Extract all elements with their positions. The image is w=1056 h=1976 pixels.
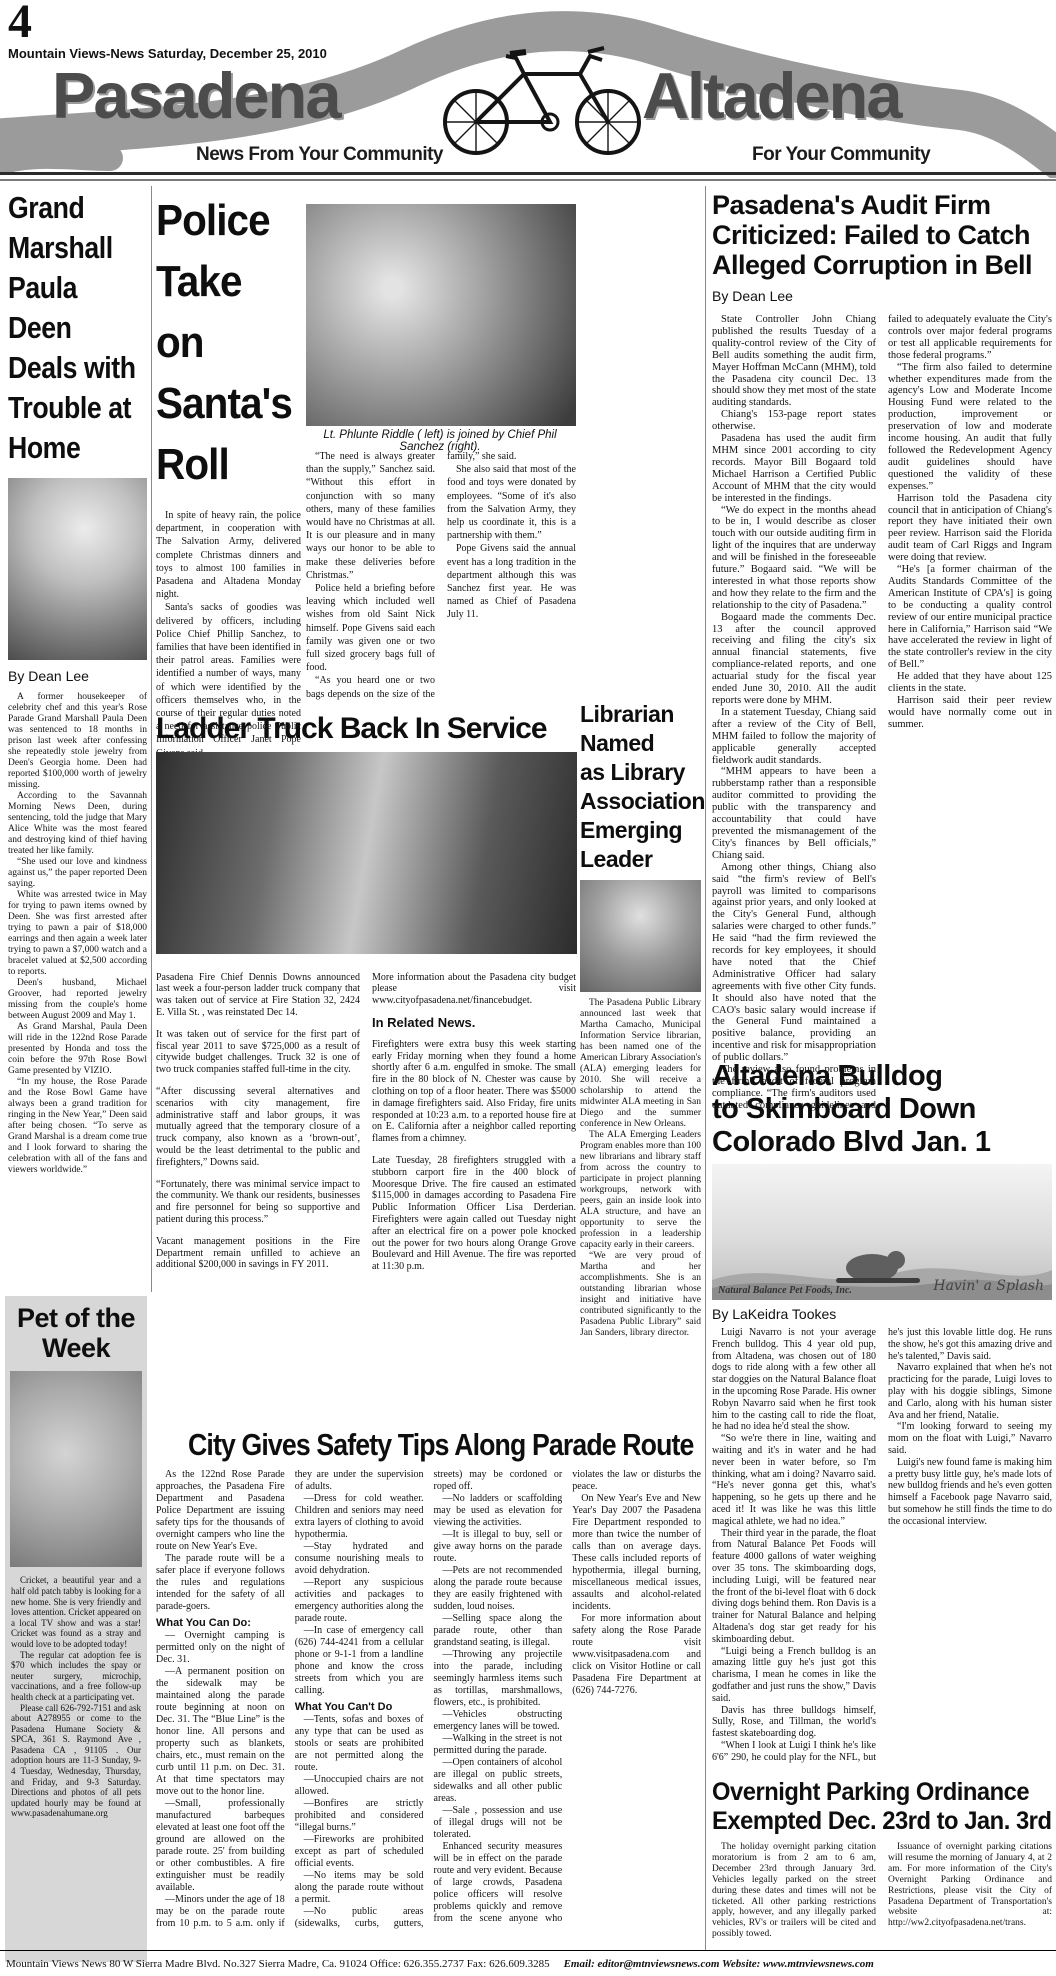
paragraph: —Walking in the street is not permitted …	[434, 1733, 563, 1757]
paragraph: Harrison said their peer review would ha…	[888, 695, 1052, 731]
masthead-altadena: Altadena	[642, 58, 901, 133]
paragraph: The Pasadena Public Library announced la…	[580, 998, 701, 1130]
bicycle-icon	[428, 26, 654, 158]
budget-info-note: More information about the Pasadena city…	[372, 972, 576, 1007]
paragraph: Please call 626-792-7151 and ask about A…	[11, 1703, 141, 1820]
article-parking-ordinance: Overnight Parking Ordinance Exempted Dec…	[712, 1778, 1052, 1948]
article-bulldog: Altadena Bulldog to Skimboard Down Color…	[712, 1060, 1052, 1775]
paragraph: He added that they have about 125 client…	[888, 671, 1052, 695]
newspaper-page: 4 Mountain Views-News Saturday, December…	[0, 0, 1056, 1976]
paragraph: —No ladders or scaffolding may be used a…	[434, 1493, 563, 1529]
paragraph: As Grand Marshal, Paula Deen will ride i…	[8, 1022, 147, 1077]
related-news-header: In Related News.	[372, 1017, 576, 1029]
article-byline: By LaKeidra Tookes	[712, 1306, 1052, 1322]
paragraph: It was taken out of service for the firs…	[156, 1029, 360, 1076]
article-title: Police Take on Santa's Roll	[156, 190, 289, 495]
paragraph: Deen's husband, Michael Groover, had rep…	[8, 978, 147, 1022]
paragraph: —Unoccupied chairs are not allowed.	[295, 1774, 424, 1798]
article-librarian: Librarian Named as Library Association E…	[580, 700, 701, 1426]
paragraph: Luigi's new found fame is making him a p…	[888, 1457, 1052, 1528]
paragraph: “In my house, the Rose Parade and the Ro…	[8, 1077, 147, 1176]
article-byline: By Dean Lee	[8, 668, 147, 684]
illustration-script-text: Havin' a Splash	[933, 1278, 1044, 1294]
pet-of-the-week-box: Pet of the Week Cricket, a beautiful yea…	[5, 1296, 147, 1962]
paragraph: “MHM appears to have been a rubberstamp …	[712, 766, 876, 861]
paragraph: — Overnight camping is permitted only on…	[156, 1630, 285, 1666]
paula-deen-photo	[8, 478, 147, 660]
article-continuation: “The need is always greater than the sup…	[306, 450, 576, 708]
paragraph: A former housekeeper of celebrity chef a…	[8, 692, 147, 791]
tagline-left: News From Your Community	[196, 144, 443, 166]
paragraph: The holiday overnight parking citation m…	[712, 1842, 876, 1940]
librarian-photo	[580, 880, 701, 992]
article-paula-deen: Grand Marshall Paula Deen Deals with Tro…	[8, 188, 147, 1304]
footer-contact: Email: editor@mtnviewsnews.com Website: …	[550, 1958, 874, 1970]
footer-address: Mountain Views News 80 W Sierra Madre Bl…	[0, 1958, 550, 1970]
paragraph: Police held a briefing before leaving wh…	[306, 582, 435, 674]
paragraph: Issuance of overnight parking citations …	[888, 1842, 1052, 1929]
paragraph: Navarro explained that when he's not pra…	[888, 1362, 1052, 1421]
paragraph: “I'm looking forward to seeing my mom on…	[888, 1421, 1052, 1456]
tagline-right: For Your Community	[752, 144, 930, 166]
paragraph: —Pets are not recommended along the para…	[434, 1565, 563, 1613]
fire-truck-photo	[156, 752, 577, 954]
article-body-col2: More information about the Pasadena city…	[372, 962, 576, 1418]
header-rule	[0, 172, 1056, 181]
article-body: As the 122nd Rose Parade approaches, the…	[156, 1469, 701, 1937]
column-divider-right	[705, 186, 706, 1950]
paragraph: —Open containers of alcohol are illegal …	[434, 1757, 563, 1805]
paragraph: Firefighters were extra busy this week s…	[372, 1039, 576, 1145]
paragraph: In spite of heavy rain, the police depar…	[156, 509, 301, 601]
pet-title: Pet of the Week	[5, 1304, 147, 1363]
paragraph: —No items may be sold along the parade r…	[295, 1870, 424, 1906]
paragraph: —Fireworks are prohibited except as part…	[295, 1834, 424, 1870]
article-body: Luigi Navarro is not your average French…	[712, 1327, 1052, 1775]
paragraph: “She used our love and kindness against …	[8, 857, 147, 890]
paragraph: “The need is always greater than the sup…	[306, 450, 435, 582]
paragraph: “He's [a former chairman of the Audits S…	[888, 564, 1052, 671]
paragraph: Their third year in the parade, the floa…	[712, 1528, 876, 1646]
page-number: 4	[8, 0, 32, 49]
paragraph: Cricket, a beautiful year and a half old…	[11, 1575, 141, 1649]
paragraph: The parade route will be a safer place i…	[156, 1553, 285, 1613]
paragraph: As the 122nd Rose Parade approaches, the…	[156, 1469, 285, 1553]
paragraph: For more information about safety along …	[572, 1613, 701, 1697]
police-delivery-photo	[306, 204, 576, 426]
paragraph: Davis has three bulldogs himself, Sully,…	[712, 1705, 876, 1740]
paragraph: “Fortunately, there was minimal service …	[156, 1179, 360, 1226]
cat-photo	[10, 1371, 142, 1567]
article-body: The holiday overnight parking citation m…	[712, 1842, 1052, 1948]
paragraph: —Bonfires are strictly prohibited and co…	[295, 1798, 424, 1834]
article-body: The Pasadena Public Library announced la…	[580, 998, 701, 1426]
cant-do-header: What You Can't Do	[295, 1701, 424, 1713]
skimboarding-dog-illustration: Natural Balance Pet Foods, Inc. Havin' a…	[712, 1164, 1052, 1300]
can-do-header: What You Can Do:	[156, 1617, 285, 1629]
paragraph: “So we're there in line, waiting and wai…	[712, 1433, 876, 1527]
paragraph: State Controller John Chiang published t…	[712, 314, 876, 409]
paragraph: She also said that most of the food and …	[447, 463, 576, 542]
article-audit-firm: Pasadena's Audit Firm Criticized: Failed…	[712, 190, 1052, 1114]
paragraph: “After discussing several alternatives a…	[156, 1086, 360, 1169]
article-police-santa: Police Take on Santa's Roll In spite of …	[156, 190, 301, 759]
paragraph: In a statement Tuesday, Chiang said afte…	[712, 707, 876, 767]
masthead-pasadena: Pasadena	[52, 58, 340, 133]
article-body: A former housekeeper of celebrity chef a…	[8, 692, 147, 1304]
paragraph: —Sale , possession and use of illegal dr…	[434, 1805, 563, 1841]
article-title: Grand Marshall Paula Deen Deals with Tro…	[8, 188, 147, 468]
paragraph: White was arrested twice in May for tryi…	[8, 890, 147, 978]
paragraph: Pasadena has used the audit firm MHM sin…	[712, 433, 876, 504]
paragraph: According to the Savannah Morning News D…	[8, 791, 147, 857]
article-byline: By Dean Lee	[712, 288, 1052, 304]
article-title: Altadena Bulldog to Skimboard Down Color…	[712, 1060, 1052, 1159]
article-title: Pasadena's Audit Firm Criticized: Failed…	[712, 190, 1052, 280]
pet-body: Cricket, a beautiful year and a half old…	[11, 1575, 141, 1975]
paragraph: —Vehicles obstructing emergency lanes wi…	[434, 1709, 563, 1733]
paragraph: Luigi Navarro is not your average French…	[712, 1327, 876, 1433]
paragraph: —Tents, sofas and boxes of any type that…	[295, 1714, 424, 1774]
paragraph: —Selling space along the parade route, o…	[434, 1613, 563, 1649]
paragraph: Pope Givens said the annual event has a …	[447, 542, 576, 621]
paragraph: On New Year's Eve and New Year's Day 200…	[572, 1493, 701, 1613]
paragraph: Late Tuesday, 28 firefighters struggled …	[372, 1155, 576, 1273]
article-title: Librarian Named as Library Association E…	[580, 700, 701, 874]
paragraph: —It is illegal to buy, sell or give away…	[434, 1529, 563, 1565]
paragraph: —Report any suspicious activities and pa…	[295, 1577, 424, 1625]
paragraph: “Luigi being a French bulldog is an amaz…	[712, 1646, 876, 1705]
article-safety-tips: City Gives Safety Tips Along Parade Rout…	[156, 1428, 701, 1937]
paragraph: Vacant management positions in the Fire …	[156, 1236, 360, 1271]
article-body-col1: Pasadena Fire Chief Dennis Downs announc…	[156, 962, 360, 1418]
paragraph: “We are very proud of Martha and her acc…	[580, 1251, 701, 1339]
article-title: Overnight Parking Ordinance Exempted Dec…	[712, 1778, 1054, 1836]
column-divider-left	[151, 186, 152, 1292]
paragraph: —Dress for cold weather. Children and se…	[295, 1493, 424, 1541]
paragraph: —Small, professionally manufactured barb…	[156, 1798, 285, 1894]
article-title: Ladder Truck Back In Service	[156, 712, 577, 746]
article-ladder-truck: Ladder Truck Back In Service Pasadena Fi…	[156, 712, 577, 1418]
paragraph: “The firm also failed to determine wheth…	[888, 362, 1052, 493]
paragraph: Chiang's 153-page report states otherwis…	[712, 409, 876, 433]
paragraph: The regular cat adoption fee is $70 whic…	[11, 1650, 141, 1703]
illustration-brand-text: Natural Balance Pet Foods, Inc.	[718, 1285, 852, 1296]
paragraph: Harrison told the Pasadena city council …	[888, 493, 1052, 564]
paragraph: Among other things, Chiang also said “th…	[712, 862, 876, 1064]
paragraph: —A permanent position on the sidewalk ma…	[156, 1666, 285, 1798]
paragraph: —Stay hydrated and consume nourishing me…	[295, 1541, 424, 1577]
paragraph: —Throwing any projectile into the parade…	[434, 1649, 563, 1709]
article-title: City Gives Safety Tips Along Parade Rout…	[156, 1428, 701, 1463]
paragraph: Bogaard made the comments Dec. 13 after …	[712, 612, 876, 707]
article-body: State Controller John Chiang published t…	[712, 314, 1052, 1114]
paragraph: “We do expect in the months ahead to be …	[712, 505, 876, 612]
paragraph: The ALA Emerging Leaders Program enables…	[580, 1130, 701, 1251]
paragraph: —In case of emergency call (626) 744-424…	[295, 1625, 424, 1697]
page-footer: Mountain Views News 80 W Sierra Madre Bl…	[0, 1950, 1056, 1976]
paragraph: Pasadena Fire Chief Dennis Downs announc…	[156, 972, 360, 1019]
